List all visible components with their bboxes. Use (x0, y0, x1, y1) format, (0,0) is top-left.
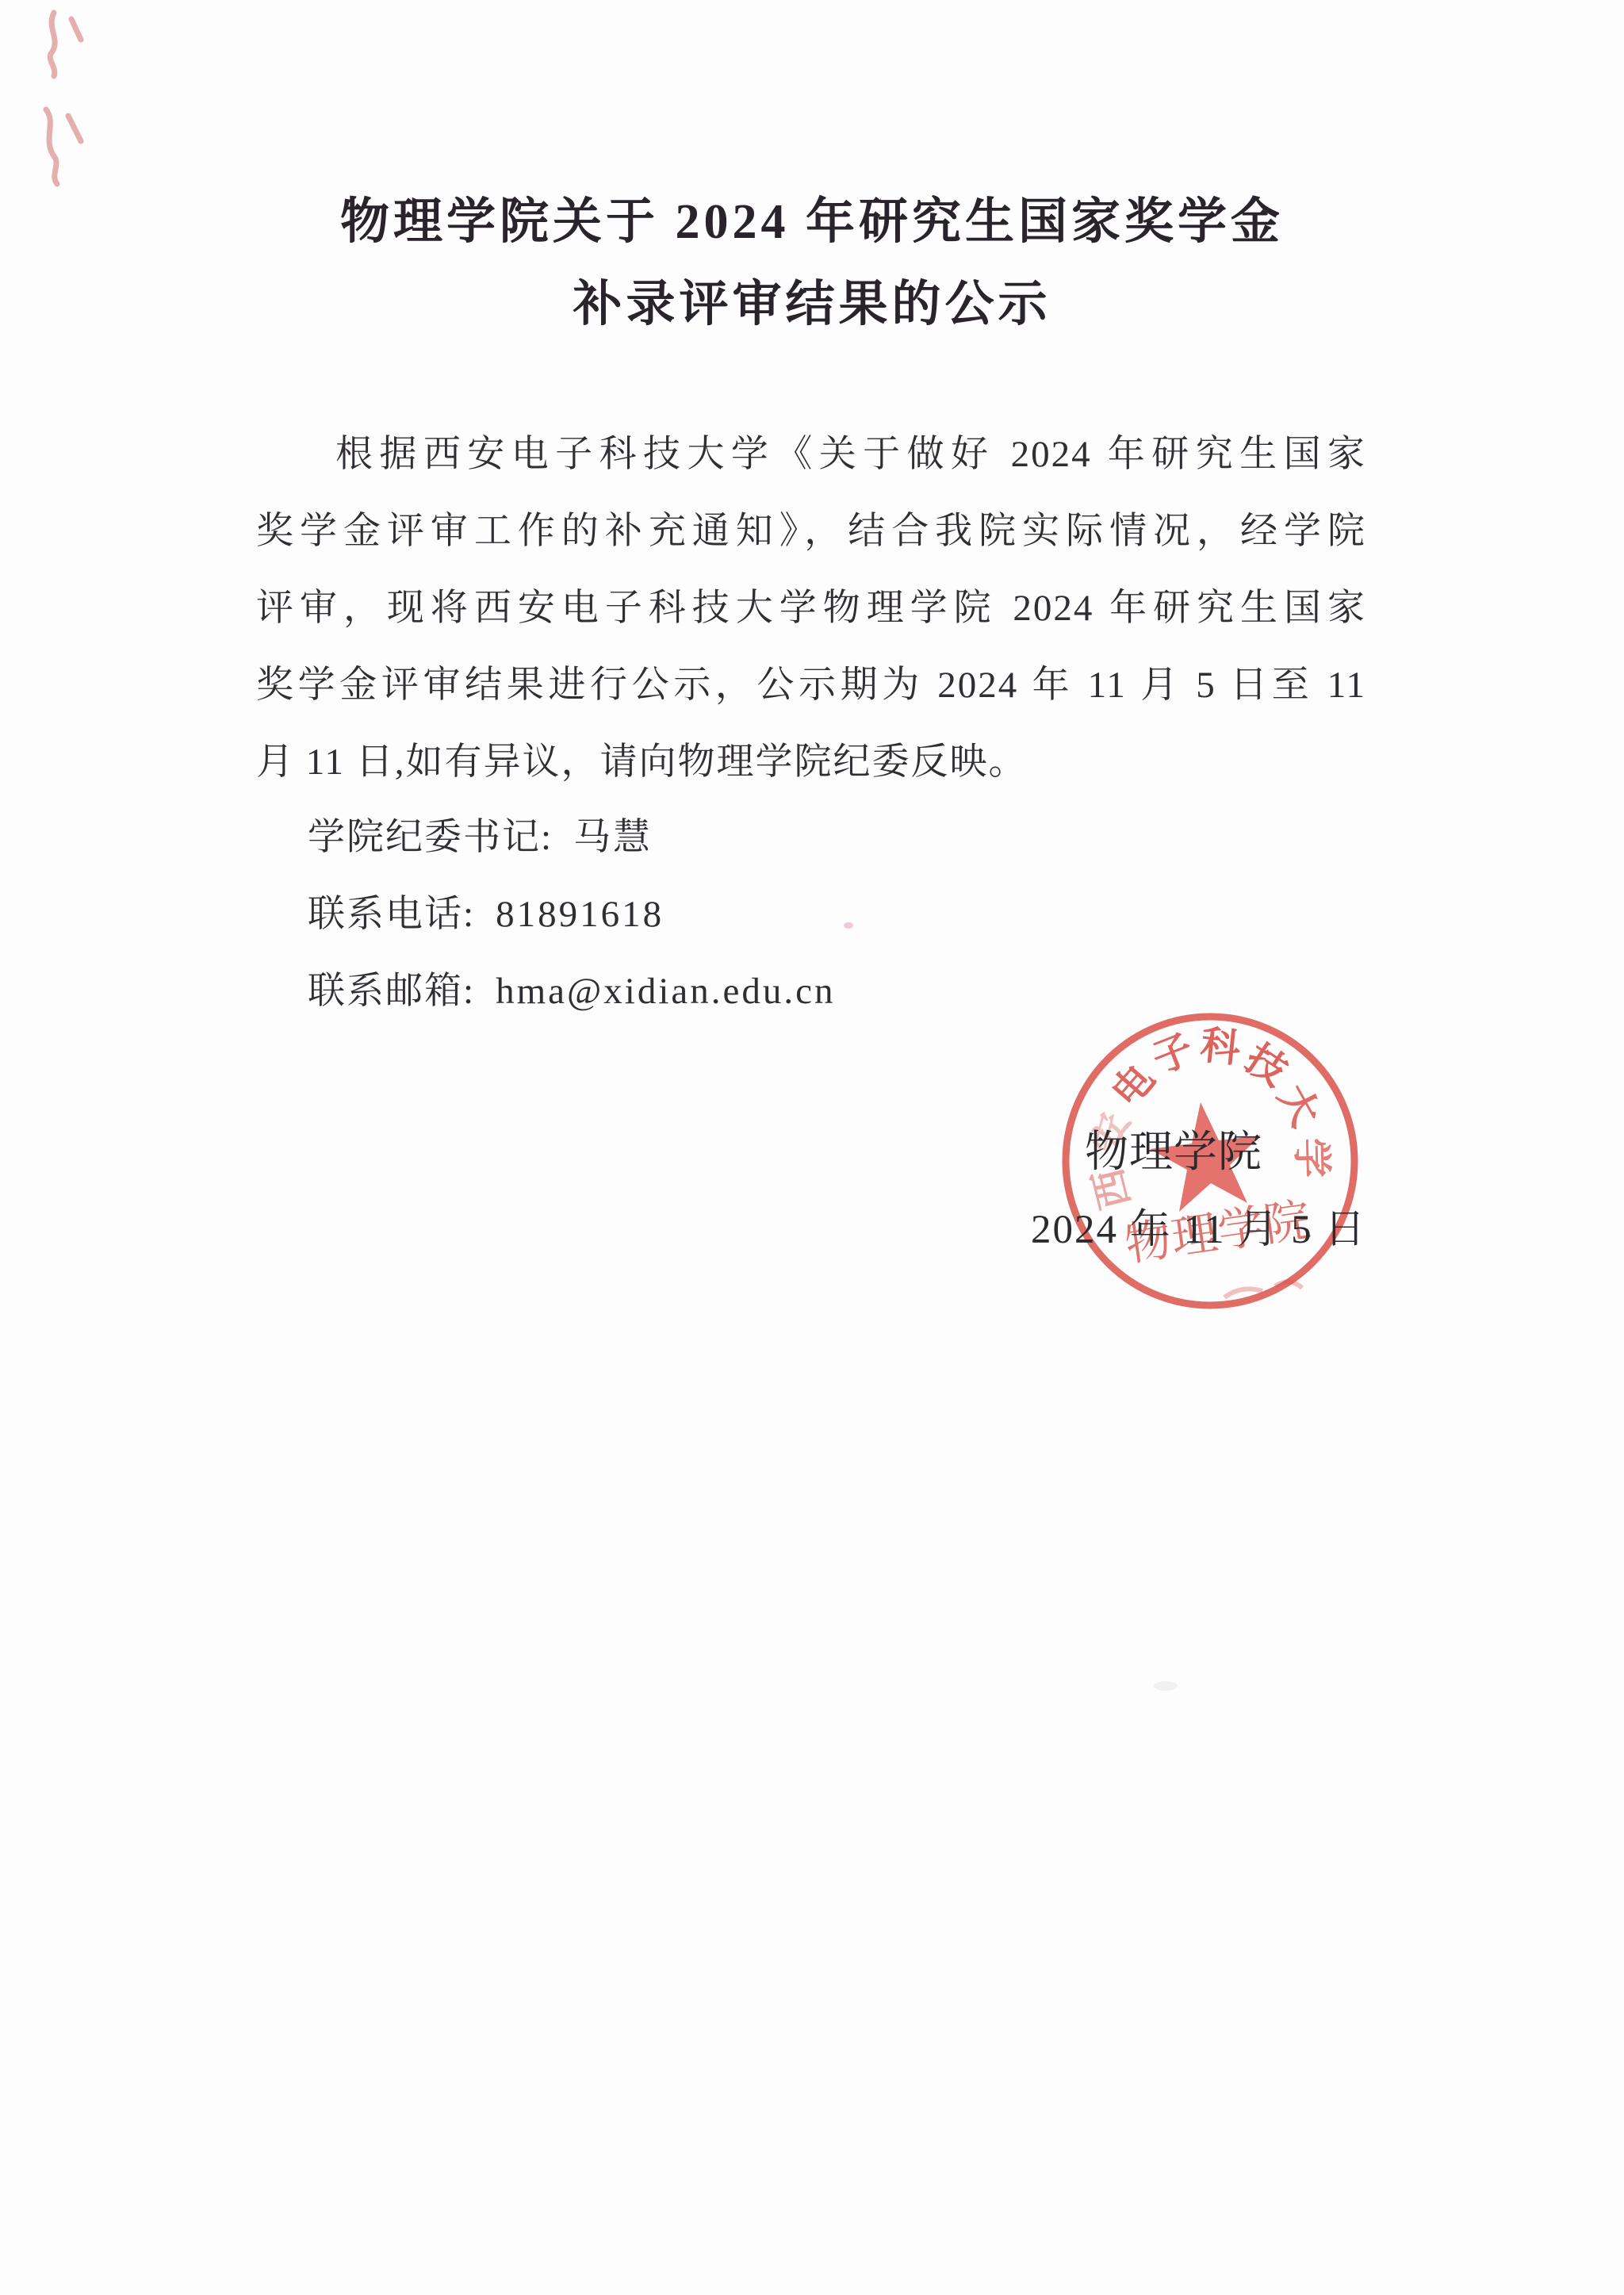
scan-artifact-pink-speck (844, 922, 853, 929)
contact-value: 81891618 (496, 894, 664, 935)
stamp-arc-char: 技 (1238, 1036, 1296, 1094)
stamp-arc-char: 大 (1270, 1078, 1327, 1134)
body-line: 根据西安电子科技大学《关于做好 2024 年研究生国家 (256, 416, 1366, 493)
doc-title: 物理学院关于 2024 年研究生国家奖学金 补录评审结果的公示 (0, 181, 1624, 346)
stamp-arc-char: 科 (1198, 1023, 1243, 1071)
contact-label: 联系邮箱: (308, 971, 475, 1012)
body-line: 评审，现将西安电子科技大学物理学院 2024 年研究生国家 (256, 570, 1366, 647)
signature-org: 物理学院 (1085, 1117, 1262, 1179)
body-paragraph: 根据西安电子科技大学《关于做好 2024 年研究生国家 奖学金评审工作的补充通知… (256, 416, 1366, 801)
stamp-arc-char: 电 (1103, 1056, 1162, 1115)
contact-line-phone: 联系电话:81891618 (308, 876, 835, 953)
body-line: 月 11 日,如有异议，请向物理学院纪委反映。 (256, 724, 1366, 801)
scan-artifact-gray-smudge (1154, 1681, 1178, 1691)
title-line-1: 物理学院关于 2024 年研究生国家奖学金 (0, 181, 1624, 263)
contact-label: 联系电话: (308, 894, 475, 935)
document-page: 物理学院关于 2024 年研究生国家奖学金 补录评审结果的公示 根据西安电子科技… (0, 0, 1624, 2295)
title-line-2: 补录评审结果的公示 (0, 263, 1624, 346)
signature-date: 2024 年 11 月 5 日 (1031, 1196, 1366, 1255)
body-line: 奖学金评审结果进行公示，公示期为 2024 年 11 月 5 日至 11 (256, 647, 1366, 724)
stamp-arc-char: 子 (1146, 1026, 1199, 1082)
scan-artifact-red-marks (30, 3, 101, 193)
contact-line-email: 联系邮箱:hma@xidian.edu.cn (308, 953, 835, 1030)
contact-value: 马慧 (573, 817, 653, 858)
contact-label: 学院纪委书记: (308, 817, 553, 858)
contact-block: 学院纪委书记:马慧 联系电话:81891618 联系邮箱:hma@xidian.… (308, 799, 835, 1030)
contact-value: hma@xidian.edu.cn (496, 971, 835, 1012)
stamp-arc-char: 学 (1289, 1137, 1334, 1178)
body-line: 奖学金评审工作的补充通知》，结合我院实际情况，经学院 (256, 493, 1366, 570)
contact-line-secretary: 学院纪委书记:马慧 (308, 799, 835, 876)
